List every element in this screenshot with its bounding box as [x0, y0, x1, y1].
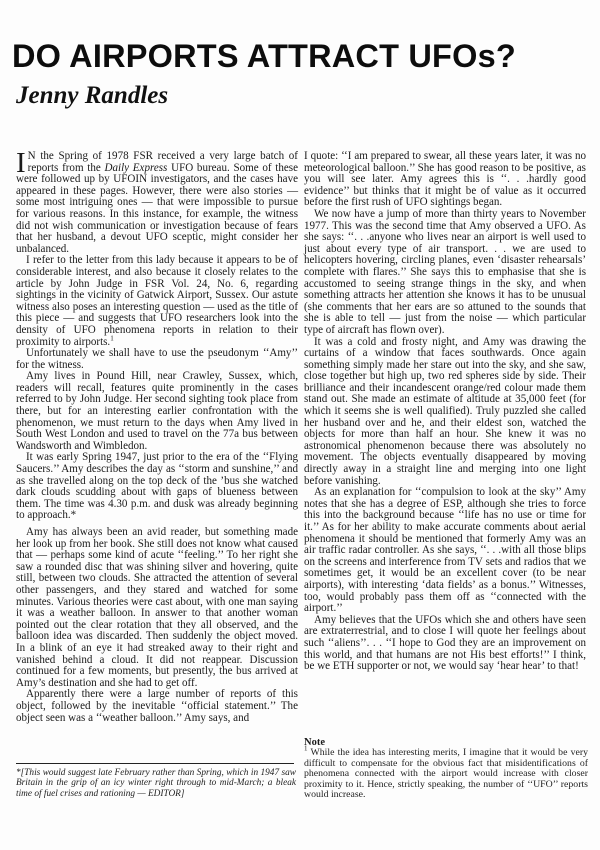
paragraph: As an explanation for ‘‘compulsion to lo… [304, 487, 586, 615]
article-title: DO AIRPORTS ATTRACT UFOs? [12, 38, 516, 75]
paragraph: I refer to the letter from this lady bec… [16, 255, 298, 348]
note-text: 1 While the idea has interesting merits,… [304, 748, 588, 801]
paragraph: Amy believes that the UFOs which she and… [304, 615, 586, 673]
magazine-page: DO AIRPORTS ATTRACT UFOs? Jenny Randles … [0, 0, 600, 850]
paragraph: We now have a jump of more than thirty y… [304, 209, 586, 337]
editor-footnote: *[This would suggest late February rathe… [16, 768, 296, 799]
paragraph: It was early Spring 1947, just prior to … [16, 452, 298, 522]
right-column: I quote: ‘‘I am prepared to swear, all t… [304, 151, 586, 673]
footnote-divider [16, 763, 294, 764]
paragraph: It was a cold and frosty night, and Amy … [304, 337, 586, 488]
paragraph: Apparently there were a large number of … [16, 689, 298, 724]
footnote-marker: 1 [110, 334, 114, 342]
paragraph: IN the Spring of 1978 FSR received a ver… [16, 151, 298, 255]
drop-cap: I [16, 152, 26, 174]
article-author: Jenny Randles [16, 82, 168, 110]
paragraph: I quote: ‘‘I am prepared to swear, all t… [304, 151, 586, 209]
paragraph: Amy lives in Pound Hill, near Crawley, S… [16, 371, 298, 452]
paragraph: Unfortunately we shall have to use the p… [16, 348, 298, 371]
left-column: IN the Spring of 1978 FSR received a ver… [16, 151, 298, 724]
paragraph: Amy has always been an avid reader, but … [16, 527, 298, 689]
